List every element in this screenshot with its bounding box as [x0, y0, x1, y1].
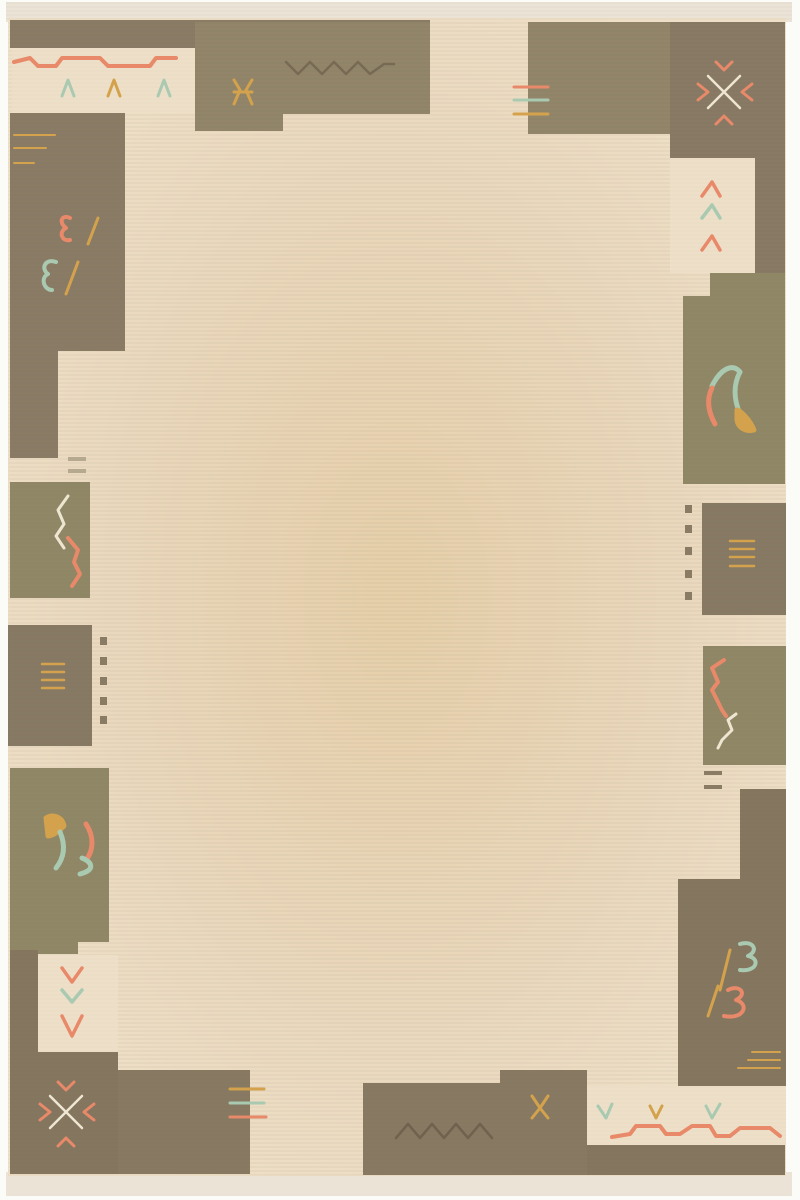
border-blocks [8, 20, 786, 1175]
rug-illustration [0, 0, 800, 1200]
rug-photo [0, 0, 800, 1200]
